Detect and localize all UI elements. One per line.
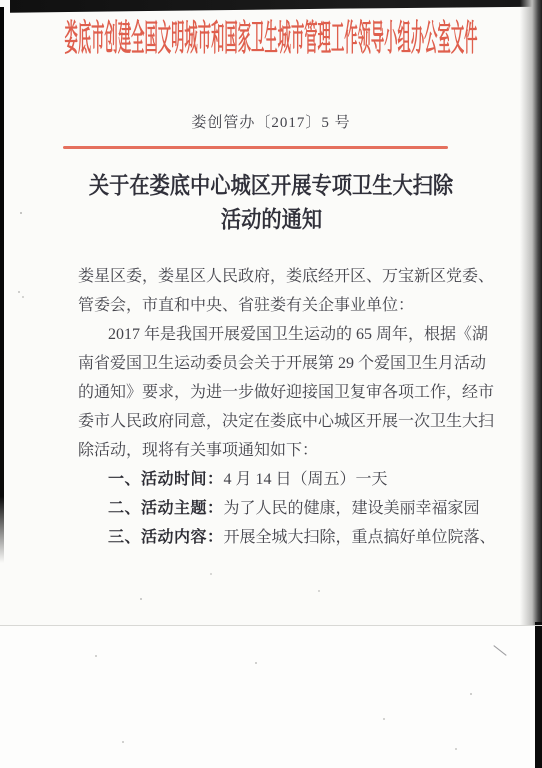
document-title-text2: 活动的通知 bbox=[220, 205, 321, 235]
body-line: 的通知》要求，为进一步做好迎接国卫复审各项工作，经市 bbox=[78, 378, 516, 407]
scanned-document-page: 娄底市创建全国文明城市和国家卫生城市管理工作领导小组办公室文件 娄创管办〔201… bbox=[0, 0, 542, 768]
letterhead-org-name: 娄底市创建全国文明城市和国家卫生城市管理工作领导小组办公室文件 bbox=[65, 14, 478, 62]
document-body: 娄星区委，娄星区人民政府，娄底经开区、万宝新区党委、管委会，市直和中央、省驻娄有… bbox=[78, 262, 516, 552]
body-line-bold-label: 一、活动时间： bbox=[108, 471, 224, 488]
scan-edge-right bbox=[520, 0, 542, 625]
scan-edge-top bbox=[0, 0, 542, 14]
body-line: 三、活动内容：开展全城大扫除，重点搞好单位院落、 bbox=[78, 523, 516, 552]
body-line: 娄星区委，娄星区人民政府，娄底经开区、万宝新区党委、 bbox=[78, 262, 516, 291]
body-line: 南省爱国卫生运动委员会关于开展第 29 个爱国卫生月活动 bbox=[78, 349, 516, 378]
letterhead-banner: 娄底市创建全国文明城市和国家卫生城市管理工作领导小组办公室文件 bbox=[0, 14, 542, 62]
document-number: 娄创管办〔2017〕5 号 bbox=[0, 112, 542, 134]
body-line-bold-label: 三、活动内容： bbox=[108, 529, 224, 546]
scan-edge-right-bottom bbox=[535, 622, 542, 768]
letterhead-red-rule bbox=[63, 146, 448, 149]
body-line: 除活动，现将有关事项通知如下： bbox=[78, 436, 516, 465]
scan-noise-specks bbox=[0, 0, 2, 2]
body-line-bold-label: 二、活动主题： bbox=[108, 500, 224, 517]
body-line: 一、活动时间：4 月 14 日（周五）一天 bbox=[78, 465, 516, 494]
body-line: 2017 年是我国开展爱国卫生运动的 65 周年，根据《湖 bbox=[78, 320, 516, 349]
scan-edge-left bbox=[0, 7, 4, 563]
body-line: 二、活动主题：为了人民的健康，建设美丽幸福家园 bbox=[78, 494, 516, 523]
document-title-text1: 关于在娄底中心城区开展专项卫生大扫除 bbox=[89, 171, 453, 201]
document-title-line1: 关于在娄底中心城区开展专项卫生大扫除 bbox=[0, 171, 542, 201]
scan-background-lower bbox=[0, 626, 535, 768]
body-line: 委市人民政府同意，决定在娄底中心城区开展一次卫生大扫 bbox=[78, 407, 516, 436]
document-title-line2: 活动的通知 bbox=[0, 205, 542, 235]
body-line: 管委会，市直和中央、省驻娄有关企事业单位： bbox=[78, 291, 516, 320]
